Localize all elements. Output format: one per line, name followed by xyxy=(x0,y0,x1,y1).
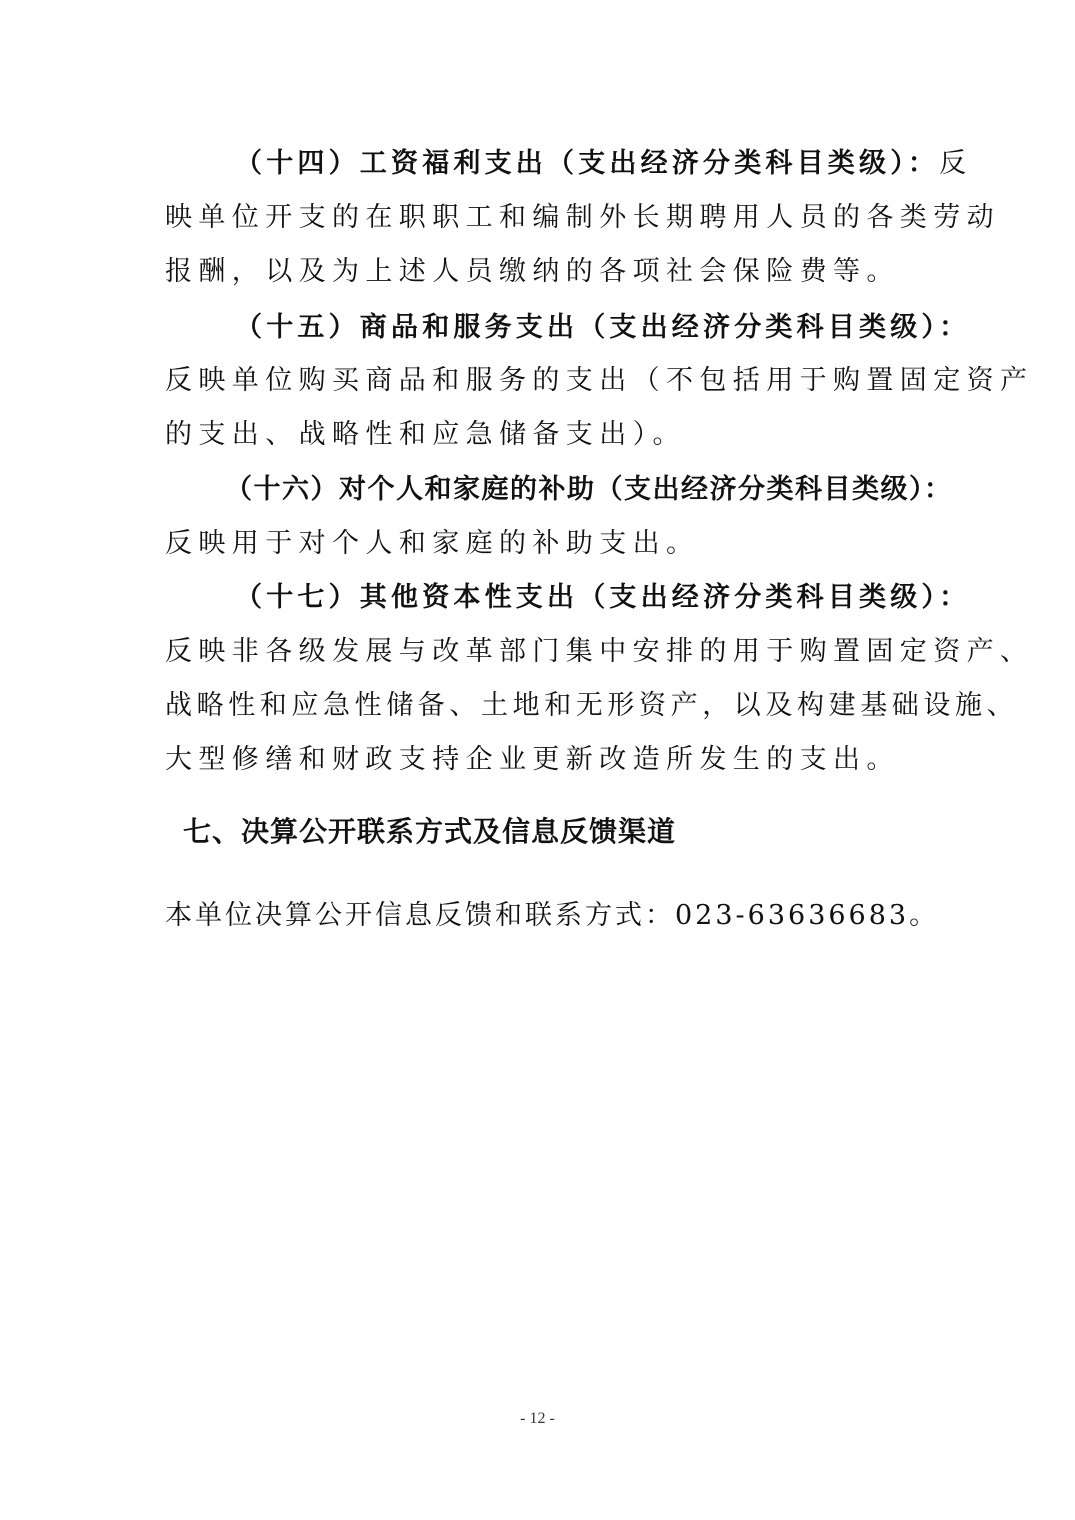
item-15-body-line-2: 的支出、战略性和应急储备支出）。 xyxy=(165,417,915,453)
item-16-body-line-1: 反映用于对个人和家庭的补助支出。 xyxy=(165,526,915,562)
item-15-title: （十五）商品和服务支出（支出经济分类科目类级）： xyxy=(235,310,915,346)
item-14-body-line-1: 映单位开支的在职职工和编制外长期聘用人员的各类劳动 xyxy=(165,200,915,236)
item-14-title-line: （十四）工资福利支出（支出经济分类科目类级）：反 xyxy=(235,146,915,182)
section-heading: 七、决算公开联系方式及信息反馈渠道 xyxy=(183,812,676,852)
item-17-title: （十七）其他资本性支出（支出经济分类科目类级）： xyxy=(235,580,915,616)
item-14-title: （十四）工资福利支出（支出经济分类科目类级）： xyxy=(235,148,939,179)
page-number: - 12 - xyxy=(0,1410,1075,1428)
contact-info: 本单位决算公开信息反馈和联系方式：023-63636683。 xyxy=(165,898,915,934)
item-17-body-line-2: 战略性和应急性储备、土地和无形资产，以及构建基础设施、 xyxy=(165,688,915,724)
item-17-body-line-1: 反映非各级发展与改革部门集中安排的用于购置固定资产、 xyxy=(165,634,915,670)
item-15-body-line-1: 反映单位购买商品和服务的支出（不包括用于购置固定资产 xyxy=(165,363,915,399)
item-16-title: （十六）对个人和家庭的补助（支出经济分类科目类级）： xyxy=(225,472,915,508)
item-14-body-line-2: 报酬，以及为上述人员缴纳的各项社会保险费等。 xyxy=(165,254,915,290)
item-14-title-tail: 反 xyxy=(939,148,972,179)
item-17-body-line-3: 大型修缮和财政支持企业更新改造所发生的支出。 xyxy=(165,742,915,778)
